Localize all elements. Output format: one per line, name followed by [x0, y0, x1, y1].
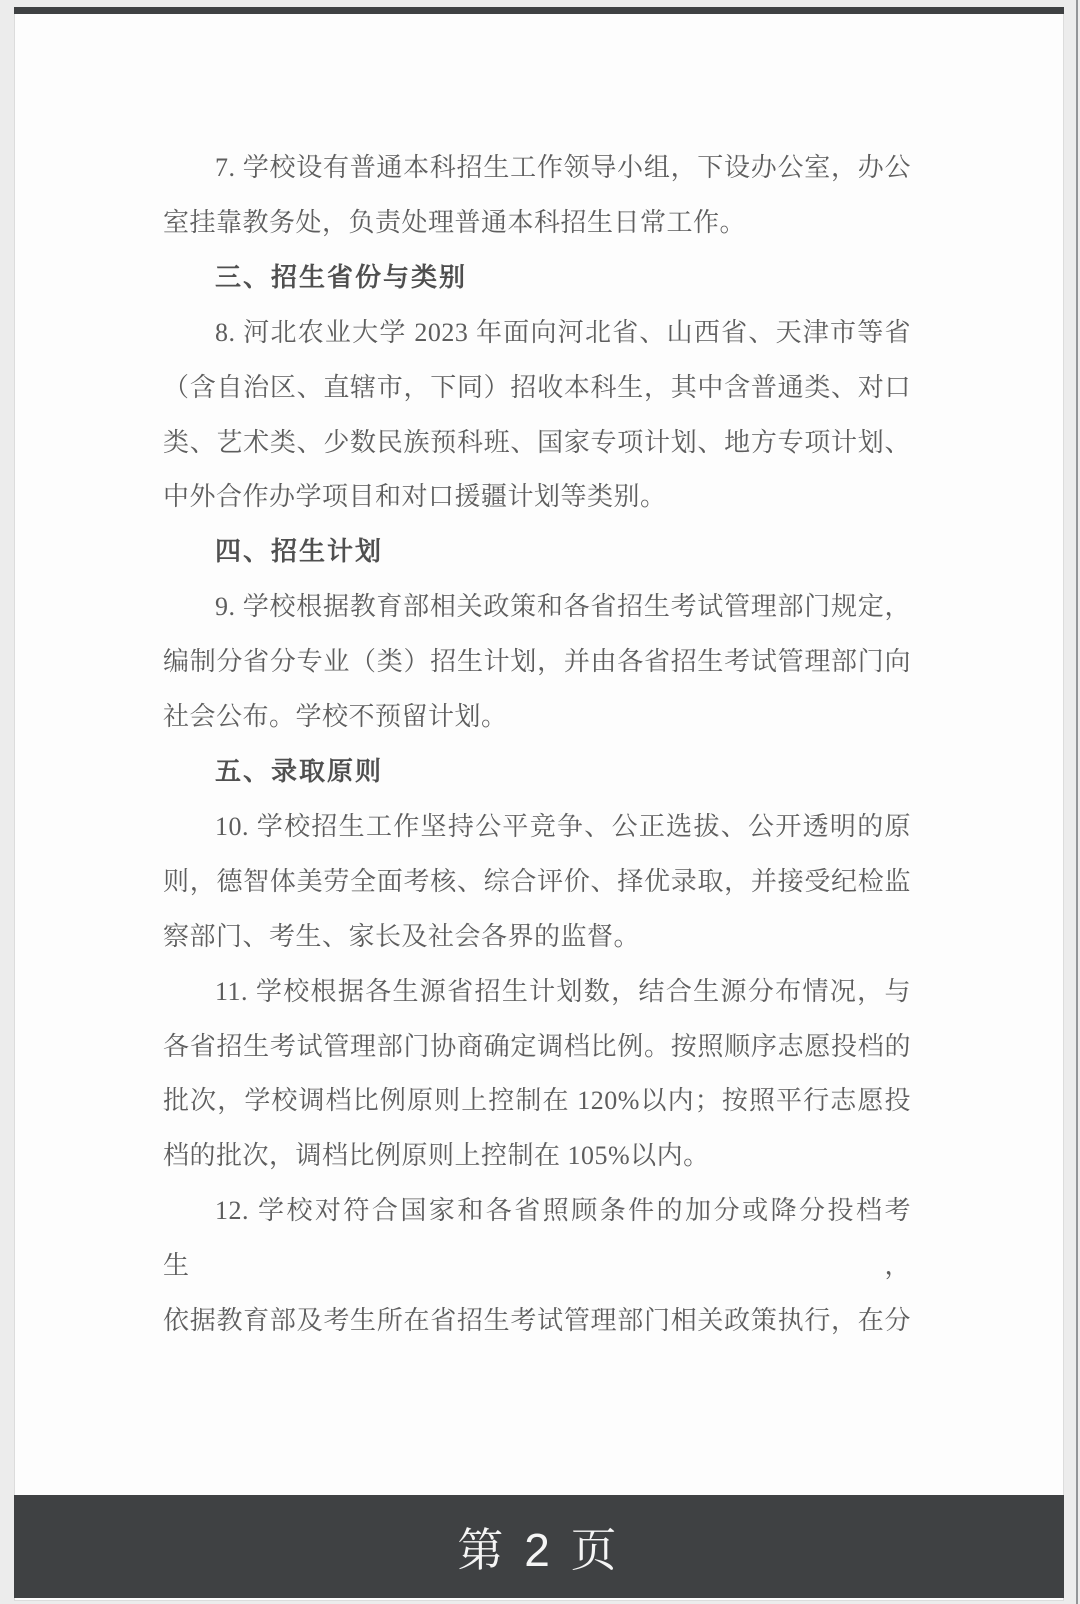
document-line: 12. 学校对符合国家和各省照顾条件的加分或降分投档考生，	[163, 1184, 911, 1294]
document-line: 8. 河北农业大学 2023 年面向河北省、山西省、天津市等省	[163, 306, 911, 361]
document-line: 三、招生省份与类别	[163, 251, 911, 306]
document-line: 各省招生考试管理部门协商确定调档比例。按照顺序志愿投档的	[163, 1020, 911, 1075]
document-line: 中外合作办学项目和对口援疆计划等类别。	[163, 470, 911, 525]
document-line: 编制分省分专业（类）招生计划，并由各省招生考试管理部门向	[163, 635, 911, 690]
document-line: 批次，学校调档比例原则上控制在 120%以内；按照平行志愿投	[163, 1074, 911, 1129]
document-viewer: 7. 学校设有普通本科招生工作领导小组，下设办公室，办公室挂靠教务处，负责处理普…	[0, 0, 1080, 1604]
document-line: 五、录取原则	[163, 745, 911, 800]
document-body: 7. 学校设有普通本科招生工作领导小组，下设办公室，办公室挂靠教务处，负责处理普…	[163, 141, 911, 1349]
document-line: 四、招生计划	[163, 525, 911, 580]
page-number-label: 第 2 页	[457, 1514, 620, 1580]
document-line: 11. 学校根据各生源省招生计划数，结合生源分布情况，与	[163, 965, 911, 1020]
document-line: 社会公布。学校不预留计划。	[163, 690, 911, 745]
document-line: 室挂靠教务处，负责处理普通本科招生日常工作。	[163, 196, 911, 251]
document-line: 10. 学校招生工作坚持公平竞争、公正选拔、公开透明的原	[163, 800, 911, 855]
document-line: 9. 学校根据教育部相关政策和各省招生考试管理部门规定，	[163, 580, 911, 635]
page-footer-bar: 第 2 页	[14, 1495, 1064, 1598]
viewer-right-edge-line	[1076, 0, 1078, 1604]
document-line: 类、艺术类、少数民族预科班、国家专项计划、地方专项计划、	[163, 416, 911, 471]
document-line: 则，德智体美劳全面考核、综合评价、择优录取，并接受纪检监	[163, 855, 911, 910]
previous-page-footer-sliver	[14, 7, 1064, 14]
document-line: 依据教育部及考生所在省招生考试管理部门相关政策执行，在分	[163, 1294, 911, 1349]
document-line: 察部门、考生、家长及社会各界的监督。	[163, 910, 911, 965]
page-sheet: 7. 学校设有普通本科招生工作领导小组，下设办公室，办公室挂靠教务处，负责处理普…	[14, 14, 1064, 1601]
document-line: 7. 学校设有普通本科招生工作领导小组，下设办公室，办公	[163, 141, 911, 196]
document-line: （含自治区、直辖市，下同）招收本科生，其中含普通类、对口	[163, 361, 911, 416]
document-line: 档的批次，调档比例原则上控制在 105%以内。	[163, 1129, 911, 1184]
